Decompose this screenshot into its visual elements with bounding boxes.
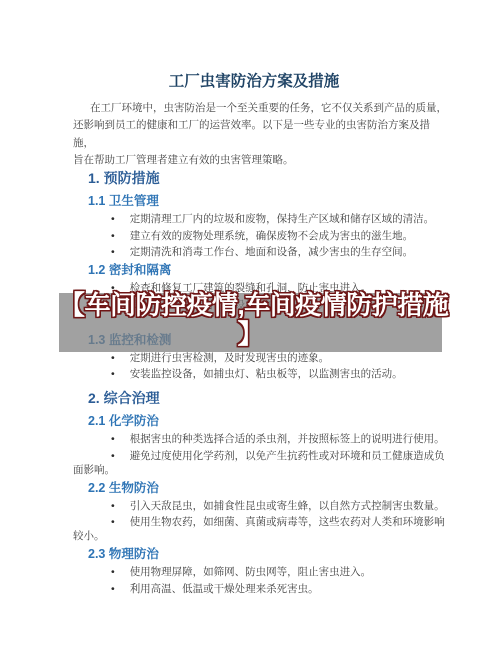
- list-item: 安装监控设备，如捕虫灯、粘虫板等，以监测害虫的活动。: [73, 367, 448, 382]
- list-item: 利用高温、低温或干燥处理来杀死害虫。: [73, 582, 448, 597]
- subsection-heading-2-1: 2.1 化学防治: [88, 414, 448, 429]
- document-page: 工厂虫害防治方案及措施 在工厂环境中，虫害防治是一个至关重要的任务，它不仅关系到…: [0, 0, 500, 647]
- list-item: 定期清理工厂内的垃圾和废物，保持生产区域和储存区域的清洁。: [73, 212, 448, 227]
- list-item: 定期清洗和消毒工作台、地面和设备，减少害虫的生存空间。: [73, 245, 448, 260]
- list-item: 使用生物农药，如细菌、真菌或病毒等，这些农药对人类和环境影响较小。: [73, 515, 448, 544]
- watermark-band: 【车间防控疫情,车间疫情防护措施 】: [59, 293, 442, 352]
- list-item: 根据害虫的种类选择合适的杀虫剂，并按照标签上的说明进行使用。: [73, 432, 448, 447]
- list-item: 建立有效的废物处理系统，确保废物不会成为害虫的滋生地。: [73, 229, 448, 244]
- list-item: 避免过度使用化学药剂，以免产生抗药性或对环境和员工健康造成负面影响。: [73, 449, 448, 478]
- intro-line: 还影响到员工的健康和工厂的运营效率。以下是一些专业的虫害防治方案及措施，: [73, 117, 448, 152]
- intro-line: 在工厂环境中，虫害防治是一个至关重要的任务，它不仅关系到产品的质量，: [73, 100, 448, 117]
- section-heading-1: 1. 预防措施: [88, 169, 448, 188]
- overlay-headline: 【车间防控疫情,车间疫情防护措施 】: [59, 290, 442, 348]
- section-heading-2: 2. 综合治理: [88, 389, 448, 408]
- list-item: 使用物理屏障，如筛网、防虫网等，阻止害虫进入。: [73, 565, 448, 580]
- list-item: 定期进行虫害检测，及时发现害虫的迹象。: [73, 351, 448, 366]
- subsection-heading-2-2: 2.2 生物防治: [88, 481, 448, 496]
- overlay-headline-line2: 】: [59, 321, 442, 348]
- intro-line: 旨在帮助工厂管理者建立有效的虫害管理策略。: [73, 152, 448, 169]
- overlay-headline-line1: 【车间防控疫情,车间疫情防护措施: [59, 290, 442, 321]
- subsection-heading-1-2: 1.2 密封和隔离: [88, 263, 448, 278]
- subsection-heading-1-1: 1.1 卫生管理: [88, 194, 448, 209]
- page-title: 工厂虫害防治方案及措施: [60, 72, 448, 92]
- intro-paragraph: 在工厂环境中，虫害防治是一个至关重要的任务，它不仅关系到产品的质量， 还影响到员…: [60, 100, 448, 169]
- subsection-heading-2-3: 2.3 物理防治: [88, 547, 448, 562]
- list-item: 引入天敌昆虫，如捕食性昆虫或寄生蜂，以自然方式控制害虫数量。: [73, 499, 448, 514]
